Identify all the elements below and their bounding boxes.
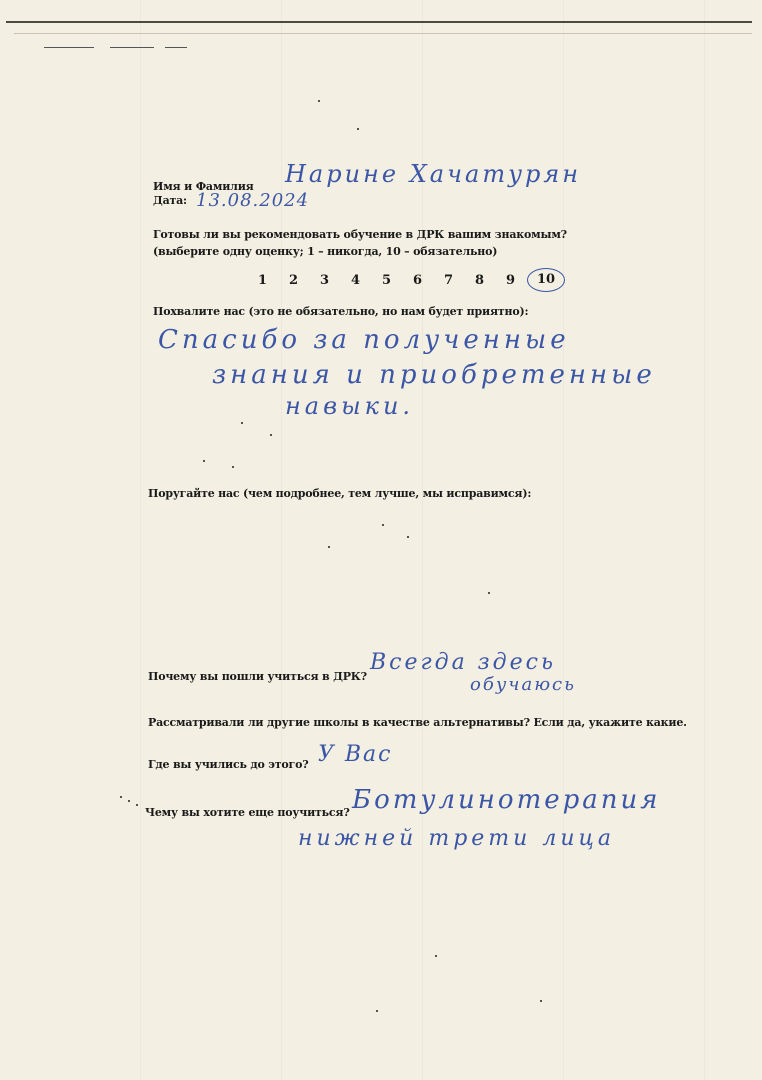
scan-speck (232, 466, 234, 468)
praise-line-1[interactable]: Спасибо за полученные (158, 325, 570, 355)
why-label: Почему вы пошли учиться в ДРК? (148, 670, 367, 683)
scan-speck (488, 592, 490, 594)
rating-option-5[interactable]: 5 (382, 273, 413, 292)
scan-speck (241, 422, 243, 424)
name-value[interactable]: Нарине Хачатурян (285, 160, 581, 188)
why-line-2[interactable]: обучаюсь (470, 674, 576, 695)
scan-speck (203, 460, 205, 462)
scan-speck (376, 1010, 378, 1012)
scan-speck (128, 800, 130, 802)
header-dash (165, 47, 187, 48)
rating-option-7[interactable]: 7 (444, 273, 475, 292)
scan-speck (435, 955, 437, 957)
rating-option-6[interactable]: 6 (413, 273, 444, 292)
date-label: Дата: (153, 194, 187, 207)
recommend-question: Готовы ли вы рекомендовать обучение в ДР… (153, 228, 567, 241)
recommend-hint: (выберите одну оценку; 1 – никогда, 10 –… (153, 245, 497, 258)
rating-option-2[interactable]: 2 (289, 273, 320, 292)
why-line-1[interactable]: Всегда здесь (370, 650, 556, 675)
scan-speck (357, 128, 359, 130)
rating-scale: 1 2 3 4 5 6 7 8 9 10 (258, 273, 565, 292)
date-value[interactable]: 13.08.2024 (196, 190, 309, 211)
scan-speck (328, 546, 330, 548)
scan-speck (318, 100, 320, 102)
rating-option-4[interactable]: 4 (351, 273, 382, 292)
header-thin-rule (14, 33, 752, 34)
alternatives-label: Рассматривали ли другие школы в качестве… (148, 716, 687, 729)
praise-label: Похвалите нас (это не обязательно, но на… (153, 305, 528, 318)
rating-option-3[interactable]: 3 (320, 273, 351, 292)
header-dash (110, 47, 154, 48)
scan-speck (540, 1000, 542, 1002)
praise-line-3[interactable]: навыки. (285, 392, 414, 420)
scan-speck (382, 524, 384, 526)
where-label: Где вы учились до этого? (148, 758, 309, 771)
header-rule (6, 21, 752, 23)
scan-speck (270, 434, 272, 436)
future-line-1[interactable]: Ботулинотерапия (352, 785, 660, 815)
rating-option-1[interactable]: 1 (258, 273, 289, 292)
scan-speck (136, 804, 138, 806)
rating-option-8[interactable]: 8 (475, 273, 506, 292)
scan-speck (407, 536, 409, 538)
where-value[interactable]: У Вас (318, 742, 393, 767)
scan-speck (120, 796, 122, 798)
header-dash (44, 47, 94, 48)
scanned-feedback-form: Имя и Фамилия Нарине Хачатурян Дата: 13.… (0, 0, 762, 1080)
rating-option-10-selected[interactable]: 10 (527, 268, 565, 292)
future-label: Чему вы хотите еще поучиться? (145, 806, 350, 819)
praise-line-2[interactable]: знания и приобретенные (212, 360, 656, 390)
future-line-2[interactable]: нижней трети лица (298, 826, 615, 851)
criticism-label: Поругайте нас (чем подробнее, тем лучше,… (148, 487, 531, 500)
